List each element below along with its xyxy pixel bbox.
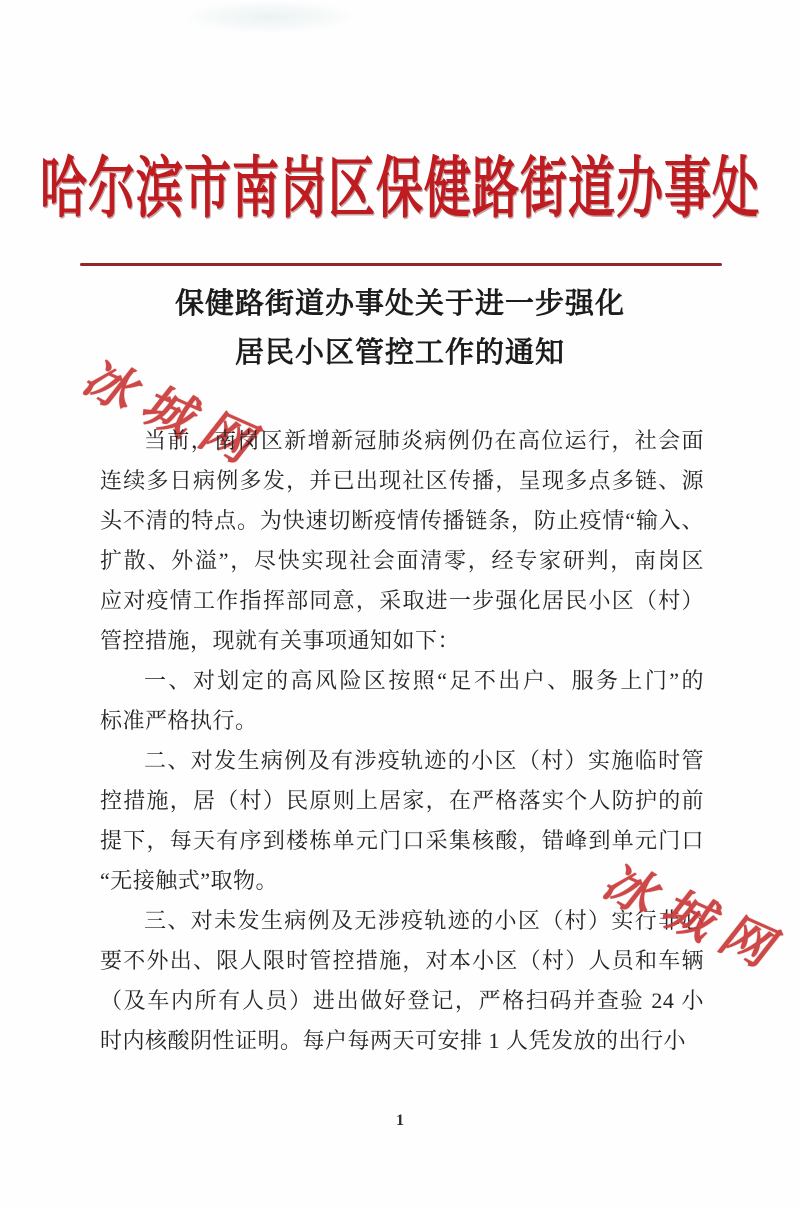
notice-body: 当前，南岗区新增新冠肺炎病例仍在高位运行，社会面连续多日病例多发，并已出现社区传… — [100, 421, 704, 1061]
body-line: （及车内所有人员）进出做好登记，严格扫码并查验 24 小 — [100, 981, 704, 1021]
body-line: 应对疫情工作指挥部同意，采取进一步强化居民小区（村） — [100, 581, 704, 621]
red-divider-line — [80, 263, 722, 266]
notice-title-line1: 保健路街道办事处关于进一步强化 — [0, 280, 800, 329]
paragraph: 当前，南岗区新增新冠肺炎病例仍在高位运行，社会面连续多日病例多发，并已出现社区传… — [100, 421, 704, 661]
body-line: 二、对发生病例及有涉疫轨迹的小区（村）实施临时管 — [100, 741, 704, 781]
document-page: 哈尔滨市南岗区保健路街道办事处 保健路街道办事处关于进一步强化 居民小区管控工作… — [0, 0, 800, 1208]
paragraph: 三、对未发生病例及无涉疫轨迹的小区（村）实行非必要不外出、限人限时管控措施，对本… — [100, 901, 704, 1061]
notice-title: 保健路街道办事处关于进一步强化 居民小区管控工作的通知 — [0, 280, 800, 378]
body-line: 头不清的特点。为快速切断疫情传播链条，防止疫情“输入、 — [100, 501, 704, 541]
body-line: 三、对未发生病例及无涉疫轨迹的小区（村）实行非必 — [100, 901, 704, 941]
letterhead-title: 哈尔滨市南岗区保健路街道办事处 — [0, 136, 800, 231]
paragraph: 一、对划定的高风险区按照“足不出户、服务上门”的标准严格执行。 — [100, 661, 704, 741]
body-line: 连续多日病例多发，并已出现社区传播，呈现多点多链、源 — [100, 461, 704, 501]
body-line: 要不外出、限人限时管控措施，对本小区（村）人员和车辆 — [100, 941, 704, 981]
paragraph: 二、对发生病例及有涉疫轨迹的小区（村）实施临时管控措施，居（村）民原则上居家，在… — [100, 741, 704, 901]
page-number: 1 — [0, 1112, 800, 1130]
body-line: 提下，每天有序到楼栋单元门口采集核酸，错峰到单元门口 — [100, 821, 704, 861]
body-line: 当前，南岗区新增新冠肺炎病例仍在高位运行，社会面 — [100, 421, 704, 461]
body-line: 管控措施，现就有关事项通知如下： — [100, 621, 704, 661]
body-line: 标准严格执行。 — [100, 701, 704, 741]
body-line: “无接触式”取物。 — [100, 861, 704, 901]
body-line: 时内核酸阴性证明。每户每两天可安排 1 人凭发放的出行小 — [100, 1021, 704, 1061]
body-line: 控措施，居（村）民原则上居家，在严格落实个人防护的前 — [100, 781, 704, 821]
scan-artifact — [180, 0, 360, 34]
notice-title-line2: 居民小区管控工作的通知 — [0, 329, 800, 378]
body-line: 扩散、外溢”，尽快实现社会面清零，经专家研判，南岗区 — [100, 541, 704, 581]
body-line: 一、对划定的高风险区按照“足不出户、服务上门”的 — [100, 661, 704, 701]
